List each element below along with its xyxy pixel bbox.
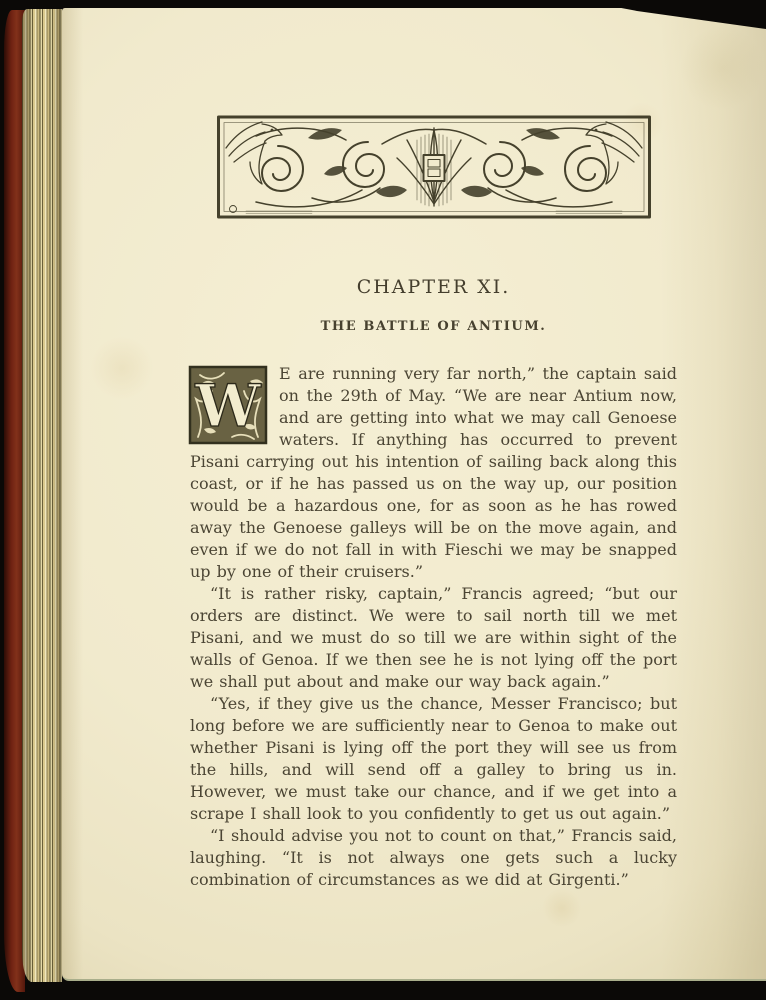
drop-cap-ornament-icon: W — [188, 365, 268, 445]
printed-text-block: CHAPTER XI. THE BATTLE OF ANTIUM. — [190, 8, 677, 979]
paragraph: “Yes, if they give us the chance, Messer… — [190, 693, 677, 825]
paragraph: “I should advise you not to count on tha… — [190, 825, 677, 891]
chapter-body: W E are running very far north,” the cap… — [190, 363, 677, 891]
chapter-title: CHAPTER XI. — [190, 278, 677, 297]
drop-cap-initial: W — [188, 365, 268, 445]
drop-cap-letter: W — [194, 372, 261, 440]
paragraph: W E are running very far north,” the cap… — [190, 363, 677, 583]
chapter-headpiece-ornament-icon — [216, 114, 652, 220]
book-page-edges — [22, 9, 62, 982]
paragraph: “It is rather risky, captain,” Francis a… — [190, 583, 677, 693]
section-title: THE BATTLE OF ANTIUM. — [190, 320, 677, 333]
book-page: CHAPTER XI. THE BATTLE OF ANTIUM. — [62, 8, 766, 981]
